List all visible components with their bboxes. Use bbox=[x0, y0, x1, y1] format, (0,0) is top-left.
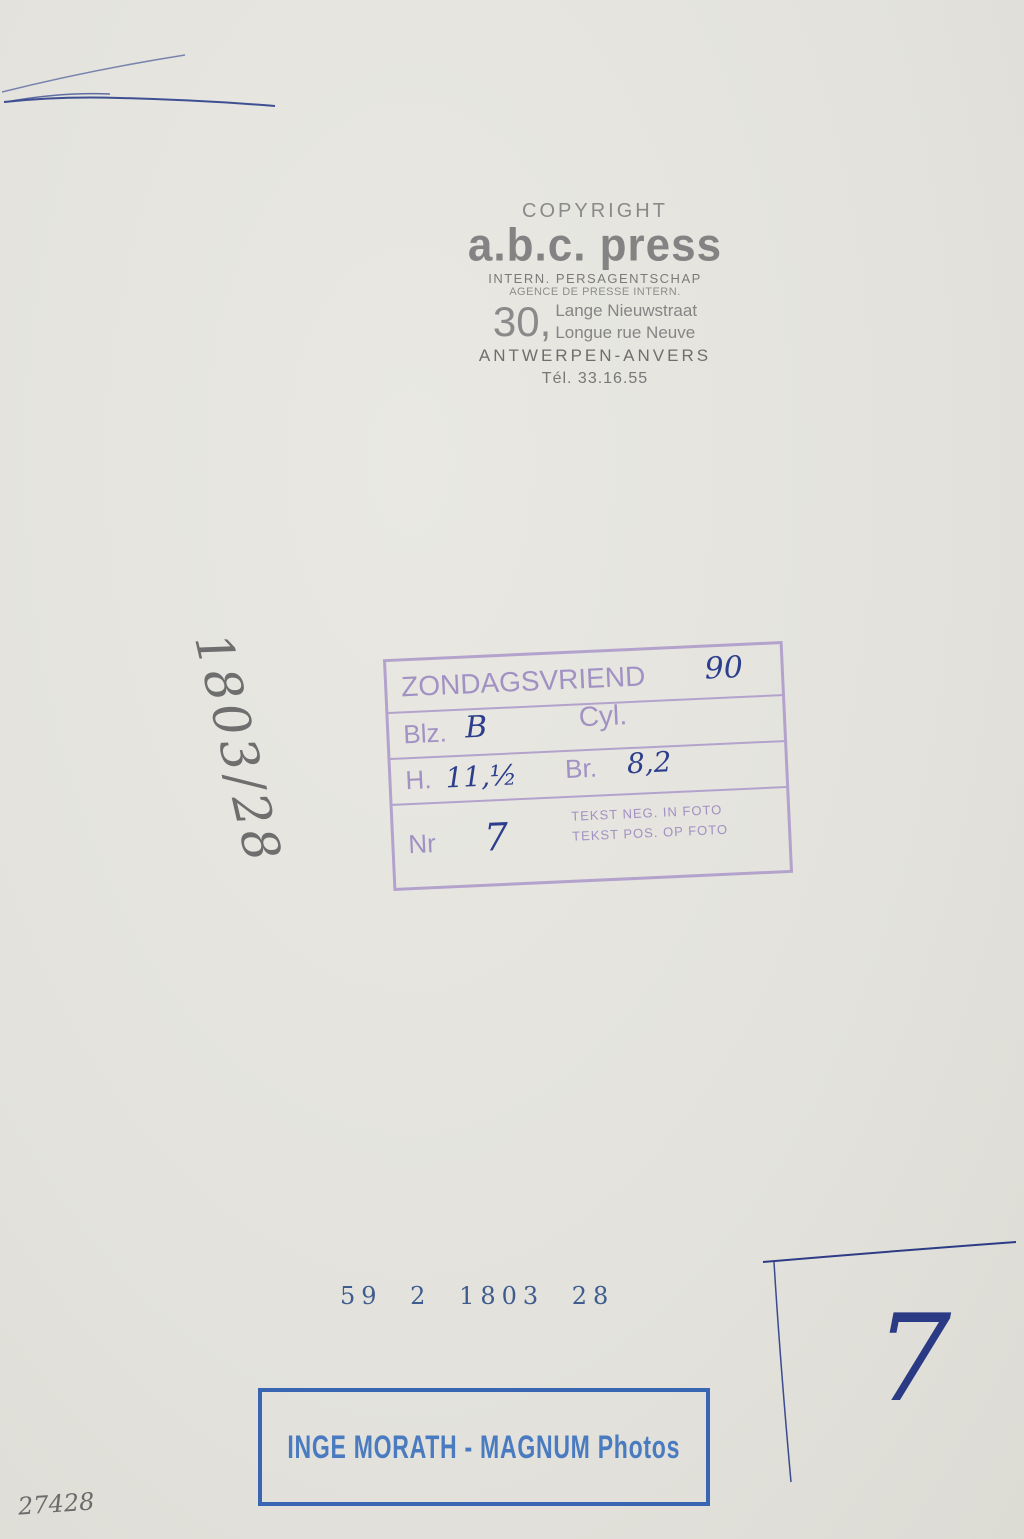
stamp-row-number: Nr 7 TEKST NEG. IN FOTO TEKST POS. OP FO… bbox=[393, 786, 790, 888]
nr-label: Nr bbox=[408, 828, 437, 860]
height-value: 11,½ bbox=[445, 758, 518, 794]
publication-stamp: ZONDAGSVRIEND 90 Blz. B Cyl. H. 11,½ Br.… bbox=[383, 641, 793, 891]
handwritten-box-number: 7 bbox=[875, 1290, 951, 1429]
agency-name: a.b.c. press bbox=[440, 222, 750, 270]
agency-address: 30, Lange Nieuwstraat Longue rue Neuve bbox=[440, 300, 750, 344]
agency-city: ANTWERPEN-ANVERS bbox=[440, 346, 750, 366]
agency-subtitle-nl: INTERN. PERSAGENTSCHAP bbox=[440, 271, 750, 286]
serial-number: 59 2 1803 28 bbox=[340, 1282, 614, 1310]
blz-label: Blz. bbox=[403, 717, 448, 750]
agency-phone: Tél. 33.16.55 bbox=[440, 370, 750, 388]
house-number: 30, bbox=[493, 300, 551, 344]
publication-issue: 90 bbox=[704, 650, 744, 687]
cyl-label: Cyl. bbox=[578, 699, 628, 733]
width-value: 8,2 bbox=[626, 745, 672, 780]
width-label: Br. bbox=[564, 753, 597, 785]
corner-pencil-number: 27428 bbox=[17, 1487, 95, 1520]
street-fr: Longue rue Neuve bbox=[555, 322, 697, 344]
blz-value: B bbox=[464, 710, 488, 746]
street-nl: Lange Nieuwstraat bbox=[555, 300, 697, 322]
copyright-stamp: COPYRIGHT a.b.c. press INTERN. PERSAGENT… bbox=[440, 200, 750, 388]
photographer-stamp: INGE MORATH - MAGNUM Photos bbox=[258, 1388, 710, 1506]
photographer-credit: INGE MORATH - MAGNUM Photos bbox=[288, 1429, 681, 1466]
nr-value: 7 bbox=[483, 815, 509, 860]
agency-subtitle-fr: AGENCE DE PRESSE INTERN. bbox=[440, 286, 750, 298]
height-label: H. bbox=[405, 764, 432, 796]
publication-title: ZONDAGSVRIEND bbox=[401, 660, 646, 703]
